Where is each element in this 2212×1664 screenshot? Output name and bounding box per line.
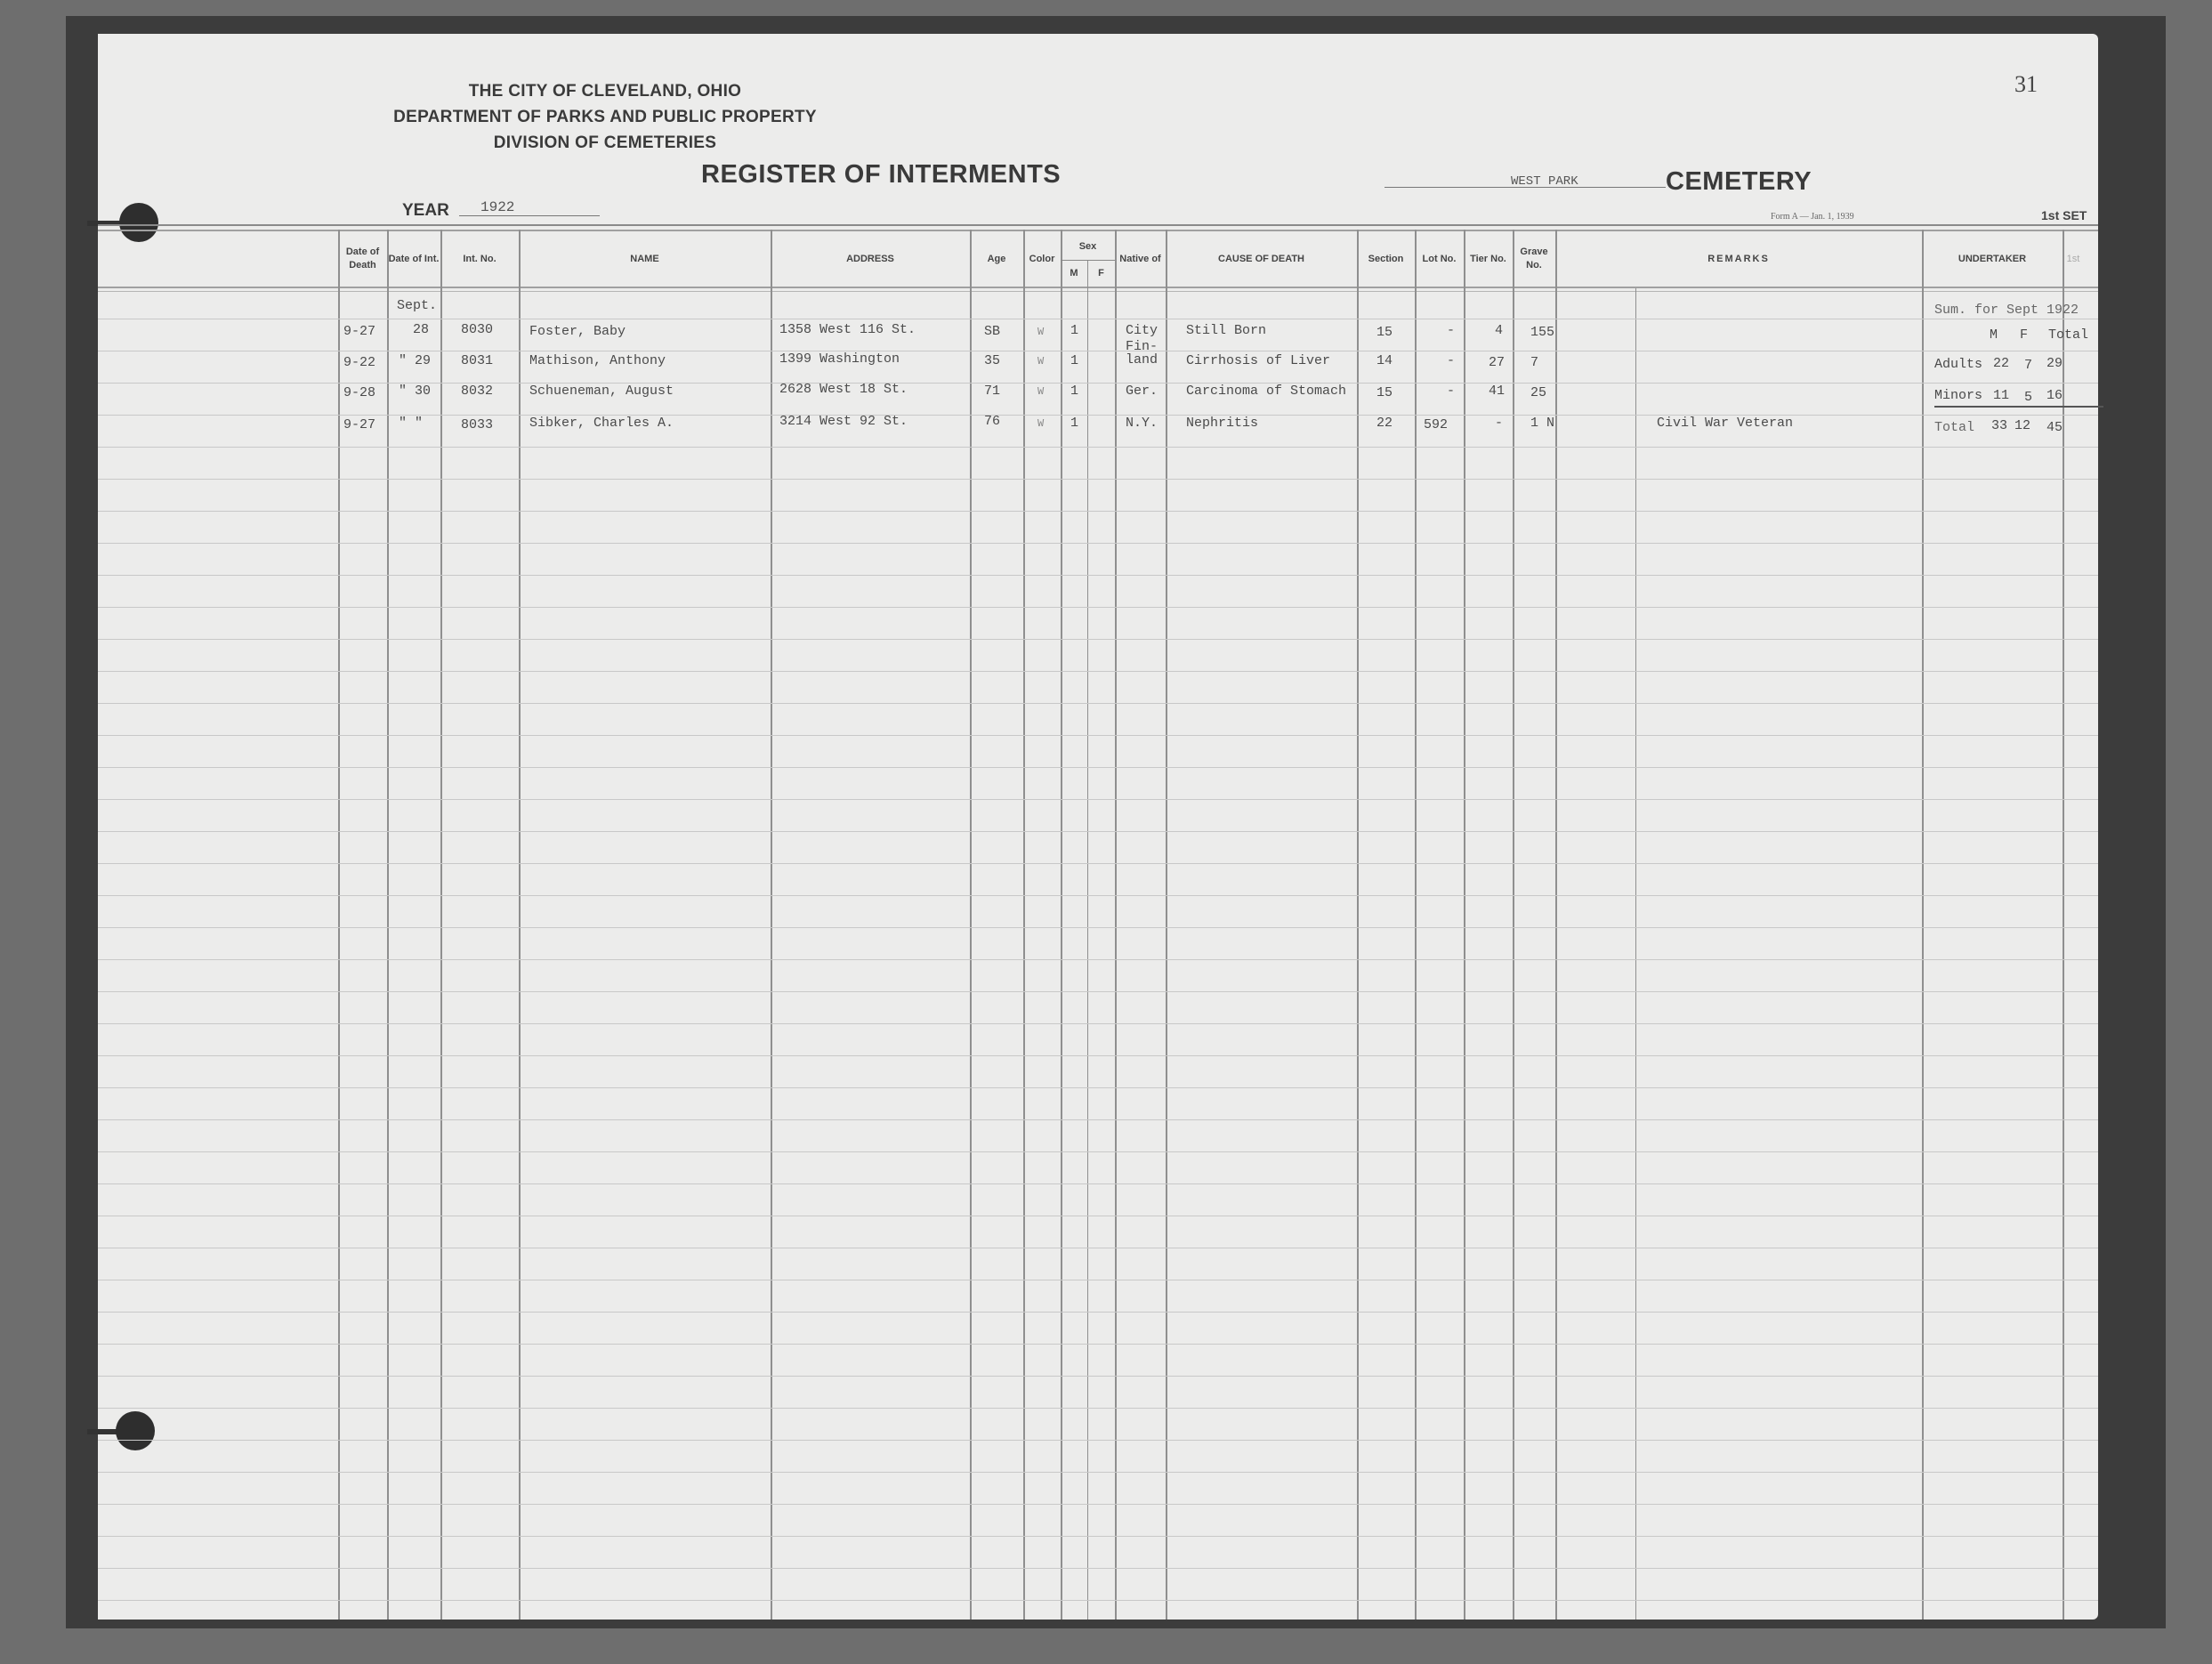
date-of-death: 9-22 <box>343 356 375 370</box>
date-of-death: 9-27 <box>343 325 375 339</box>
tier-no: 4 <box>1495 324 1503 338</box>
col-line <box>1635 288 1636 1620</box>
ruled-line <box>98 1536 2098 1537</box>
address: 1399 Washington <box>779 352 900 367</box>
ruled-line <box>98 1376 2098 1377</box>
col-header-cause-of-death: CAUSE OF DEATH <box>1166 233 1357 285</box>
name: Schueneman, August <box>529 384 674 399</box>
ruled-line <box>98 1600 2098 1601</box>
cause-of-death: Cirrhosis of Liver <box>1186 354 1330 368</box>
int-no: 8033 <box>461 418 493 432</box>
col-header-address: ADDRESS <box>771 233 970 285</box>
col-line <box>1166 230 1167 1620</box>
col-header-undertaker: UNDERTAKER <box>1922 233 2063 285</box>
section: 22 <box>1376 416 1393 431</box>
cause-of-death: Still Born <box>1186 324 1266 338</box>
ruled-line <box>98 799 2098 800</box>
header-bottom-rule-2 <box>98 291 2098 292</box>
date-of-death: 9-28 <box>343 386 375 400</box>
date-of-death: 9-27 <box>343 418 375 432</box>
col-header-color: Color <box>1023 233 1061 285</box>
ruled-line <box>98 1183 2098 1184</box>
date-of-int: " 30 <box>399 384 431 399</box>
col-line <box>1061 230 1062 1620</box>
col-header-lot-no: Lot No. <box>1415 233 1464 285</box>
ruled-line <box>98 671 2098 672</box>
summary-underline <box>1934 406 2103 408</box>
lot-no: 592 <box>1424 418 1448 432</box>
date-of-int: " 29 <box>399 354 431 368</box>
ruled-line <box>98 767 2098 768</box>
col-line <box>1087 260 1088 1620</box>
table-top-rule-2 <box>98 230 2098 231</box>
sex-m: 1 <box>1070 416 1078 431</box>
ruled-line <box>98 511 2098 512</box>
col-header-date-of-int: Date of Int. <box>387 233 440 285</box>
ruled-line <box>98 863 2098 864</box>
name: Foster, Baby <box>529 325 626 339</box>
address: 1358 West 116 St. <box>779 323 916 337</box>
adults-f: 7 <box>2024 358 2032 373</box>
section: 15 <box>1376 326 1393 340</box>
col-header-tier-no: Tier No. <box>1464 233 1513 285</box>
cause-of-death: Nephritis <box>1186 416 1258 431</box>
native-of: Fin-land <box>1126 340 1165 367</box>
ruled-line <box>98 479 2098 480</box>
total-total: 45 <box>2047 420 2063 435</box>
ruled-line <box>98 1344 2098 1345</box>
int-no: 8031 <box>461 354 493 368</box>
adults-label: Adults <box>1934 357 1982 372</box>
col-header-sex-m: M <box>1061 262 1087 285</box>
minors-f: 5 <box>2024 390 2032 405</box>
col-line <box>1415 230 1417 1620</box>
ruled-line <box>98 1408 2098 1409</box>
ruled-line <box>98 447 2098 448</box>
col-line <box>1555 230 1557 1620</box>
col-header-sex: Sex <box>1061 233 1115 260</box>
int-no: 8030 <box>461 323 493 337</box>
ruled-line <box>98 639 2098 640</box>
col-line <box>1464 230 1465 1620</box>
col-line <box>387 230 389 1620</box>
age: 76 <box>984 415 1000 429</box>
sex-m: 1 <box>1070 384 1078 399</box>
cause-of-death: Carcinoma of Stomach <box>1186 384 1346 399</box>
form-note: Form A — Jan. 1, 1939 <box>1771 212 1854 222</box>
year-label: YEAR <box>402 201 449 221</box>
minors-total: 16 <box>2047 388 2063 403</box>
sex-m: 1 <box>1070 354 1078 368</box>
color: W <box>1037 325 1044 339</box>
minors-label: Minors <box>1934 388 1982 403</box>
native-of: Ger. <box>1126 384 1158 399</box>
cemetery-label: CEMETERY <box>1666 167 1812 197</box>
total-label: Total <box>1934 420 1974 435</box>
col-header-date-of-death: Date of Death <box>338 233 387 285</box>
native-of: City <box>1126 324 1158 338</box>
ruled-line <box>98 1055 2098 1056</box>
ruled-line <box>98 959 2098 960</box>
address: 2628 West 18 St. <box>779 383 908 397</box>
address: 3214 West 92 St. <box>779 415 908 429</box>
ruled-line <box>98 1248 2098 1248</box>
year-value: 1922 <box>480 199 514 215</box>
age: SB <box>984 325 1000 339</box>
color: W <box>1037 354 1044 368</box>
punch-hole-top <box>119 203 158 242</box>
col-line <box>1023 230 1025 1620</box>
col-line <box>1922 230 1924 1620</box>
ruled-line <box>98 1151 2098 1152</box>
col-line <box>970 230 972 1620</box>
age: 71 <box>984 384 1000 399</box>
month-note: Sept. <box>397 299 437 313</box>
ruled-line <box>98 927 2098 928</box>
summary-col-total: Total <box>2048 327 2088 343</box>
org-line-department: DEPARTMENT OF PARKS AND PUBLIC PROPERTY <box>356 108 854 127</box>
cemetery-underline <box>1385 187 1666 188</box>
lot-no: - <box>1447 354 1455 368</box>
org-line-division: DIVISION OF CEMETERIES <box>356 133 854 153</box>
col-header-age: Age <box>970 233 1023 285</box>
ruled-line <box>98 831 2098 832</box>
ruled-line <box>98 1087 2098 1088</box>
table-top-rule <box>98 224 2098 226</box>
ruled-line <box>98 1280 2098 1280</box>
col-line <box>440 230 442 1620</box>
header-bottom-rule <box>98 287 2098 288</box>
color: W <box>1037 384 1044 399</box>
col-header-sex-f: F <box>1087 262 1115 285</box>
set-label: 1st SET <box>2041 208 2087 222</box>
total-m: 33 <box>1991 418 2007 433</box>
age: 35 <box>984 354 1000 368</box>
section: 14 <box>1376 354 1393 368</box>
summary-col-m: M <box>1990 327 1998 343</box>
total-f: 12 <box>2014 418 2030 433</box>
date-of-int: " " <box>399 416 423 431</box>
grave-no: 1 N <box>1530 416 1554 431</box>
name: Mathison, Anthony <box>529 354 666 368</box>
lot-no: - <box>1447 384 1455 399</box>
color: W <box>1037 416 1044 431</box>
year-underline <box>459 215 600 216</box>
ruled-line <box>98 1504 2098 1505</box>
ruled-line <box>98 351 2098 351</box>
ruled-line <box>98 735 2098 736</box>
tier-no: 27 <box>1489 356 1505 370</box>
native-of: N.Y. <box>1126 416 1158 431</box>
ruled-line <box>98 991 2098 992</box>
ruled-line <box>98 319 2098 319</box>
ruled-line <box>98 1568 2098 1569</box>
ruled-line <box>98 895 2098 896</box>
ruled-line <box>98 1216 2098 1216</box>
org-line-city: THE CITY OF CLEVELAND, OHIO <box>356 82 854 101</box>
col-line <box>519 230 521 1620</box>
ruled-line <box>98 703 2098 704</box>
col-header-int-no: Int. No. <box>440 233 519 285</box>
ruled-line <box>98 1023 2098 1024</box>
tier-no: - <box>1495 416 1503 431</box>
col-line <box>1357 230 1359 1620</box>
col-header-native-of: Native of <box>1115 233 1166 285</box>
name: Sibker, Charles A. <box>529 416 674 431</box>
col-header-section: Section <box>1357 233 1415 285</box>
ruled-line <box>98 1472 2098 1473</box>
summary-col-f: F <box>2020 327 2028 343</box>
col-header-last: 1st <box>2063 233 2084 285</box>
section: 15 <box>1376 386 1393 400</box>
date-of-int: 28 <box>413 323 429 337</box>
col-line <box>1513 230 1514 1620</box>
page-title: REGISTER OF INTERMENTS <box>701 160 1061 190</box>
adults-total: 29 <box>2047 356 2063 371</box>
adults-m: 22 <box>1993 356 2009 371</box>
col-line <box>2063 230 2064 1620</box>
minors-m: 11 <box>1993 388 2009 403</box>
ruled-line <box>98 575 2098 576</box>
col-header-remarks: REMARKS <box>1555 233 1922 285</box>
col-line <box>338 230 340 1620</box>
page-number: 31 <box>2014 71 2038 98</box>
grave-no: 7 <box>1530 356 1538 370</box>
ruled-line <box>98 1119 2098 1120</box>
punch-hole-bottom <box>116 1411 155 1450</box>
sex-m: 1 <box>1070 324 1078 338</box>
ruled-line <box>98 1312 2098 1313</box>
remarks: Civil War Veteran <box>1657 416 1793 431</box>
sex-split-rule <box>1061 260 1115 261</box>
ruled-line <box>98 607 2098 608</box>
col-line <box>771 230 772 1620</box>
lot-no: - <box>1447 324 1455 338</box>
int-no: 8032 <box>461 384 493 399</box>
col-header-grave-no: Grave No. <box>1513 233 1555 285</box>
col-header-name: NAME <box>519 233 771 285</box>
ruled-line <box>98 1440 2098 1441</box>
col-line <box>1115 230 1117 1620</box>
grave-no: 25 <box>1530 386 1546 400</box>
grave-no: 155 <box>1530 326 1554 340</box>
summary-title: Sum. for Sept 1922 <box>1934 303 2079 318</box>
tier-no: 41 <box>1489 384 1505 399</box>
ruled-line <box>98 543 2098 544</box>
